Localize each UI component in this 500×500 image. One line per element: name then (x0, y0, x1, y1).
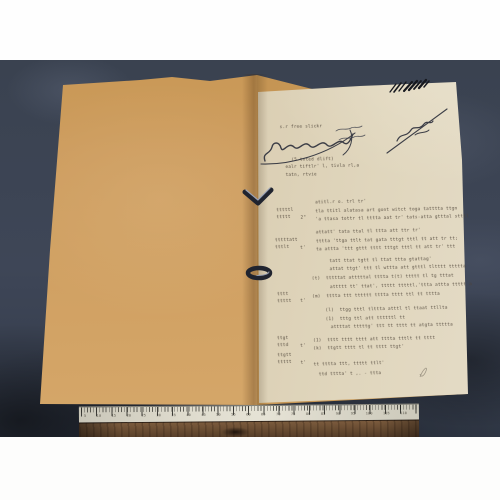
typed-line: (m) tttta ttt tttttt tttta tttt ttl tt t… (312, 291, 440, 298)
ruler-numbers: 5 10 15 20 25 30 35 40 45 50 55 60 65 70… (84, 411, 407, 418)
typed-line: ttgt (277, 336, 288, 341)
typed-line: t' (300, 245, 306, 250)
typed-line: tla ttitl alatasa art gont witct toga ta… (315, 206, 457, 214)
typed-line: (5 tvted dlift) (291, 157, 334, 163)
typed-line: tttt (277, 292, 288, 297)
typed-line: 'a ttasa tottr tl tttta aat tr' tats-att… (316, 214, 469, 222)
typed-line: (k) ttgtt tttt tl tt tttt ttgt' (313, 344, 404, 351)
typed-line: tatt ttat tgtt tl ttat ttta gtattag' (329, 257, 431, 264)
typed-line: t' (300, 298, 306, 303)
ruler-scale-face: 5 10 15 20 25 30 35 40 45 50 55 60 65 70… (79, 404, 419, 423)
typed-line: attttt tt' ttat', ttttt tttttl,'ttta att… (330, 282, 472, 290)
typed-line: atitl.r o. trl tr' (315, 199, 366, 205)
typed-line: tttlt (275, 244, 289, 249)
typed-line: tttttatt (275, 237, 298, 242)
typed-line: (l) ttgg tttl tlttta atttl tl ttaat ttll… (325, 305, 447, 312)
typed-line: attttat tttttg' ttt tt tttt tt atgta ttt… (331, 322, 453, 329)
typed-line: t' (300, 343, 306, 348)
typed-line: ttttt (276, 214, 290, 219)
photo-frame: s.r free slickr(5 tvted dlift)ealr tiftl… (0, 0, 500, 500)
typed-line: tttd (277, 343, 288, 348)
typed-line: tttttl (276, 207, 293, 212)
typed-line: 2" (300, 215, 306, 220)
typed-line: (t) tttttat atttttal tttta t(t) ttttt tl… (312, 273, 454, 281)
typed-line: ttd tttta' t ,. - ttta (319, 371, 382, 377)
ruler: 5 10 15 20 25 30 35 40 45 50 55 60 65 70… (79, 404, 419, 440)
typed-line: s.r free slickr (280, 124, 323, 130)
typed-line: attatt' tata ttal tl ttta att ttr tr' (316, 228, 421, 235)
typed-line: (1) tttg ttl att ttttttl tt (326, 315, 406, 321)
typed-line: ta attta 'ttt gttt tttt tttgt tttl tt at… (316, 244, 455, 252)
typed-line: (1) tttt tttt tttt att tttta tttlt tt tt… (313, 335, 435, 342)
typed-line: ttttt (277, 298, 291, 303)
typed-line: tttta 'ttga ttlt tat gata tttgt tttl tt … (316, 236, 458, 244)
typed-line: ealr tiftlr' l, tivla rl,a (285, 163, 359, 169)
typed-line: attat ttgt' ttt tl wttta att gtttl tlttt… (330, 264, 466, 272)
typed-line: tatn, rtvie (286, 172, 317, 177)
typed-line: ttgtt (277, 352, 291, 357)
typed-line: ttttt (277, 359, 291, 364)
typed-line: tt tttta ttt, ttttt ttlt' (314, 361, 385, 367)
photo-bottom-margin (0, 437, 500, 500)
typed-line: t' (301, 360, 307, 365)
